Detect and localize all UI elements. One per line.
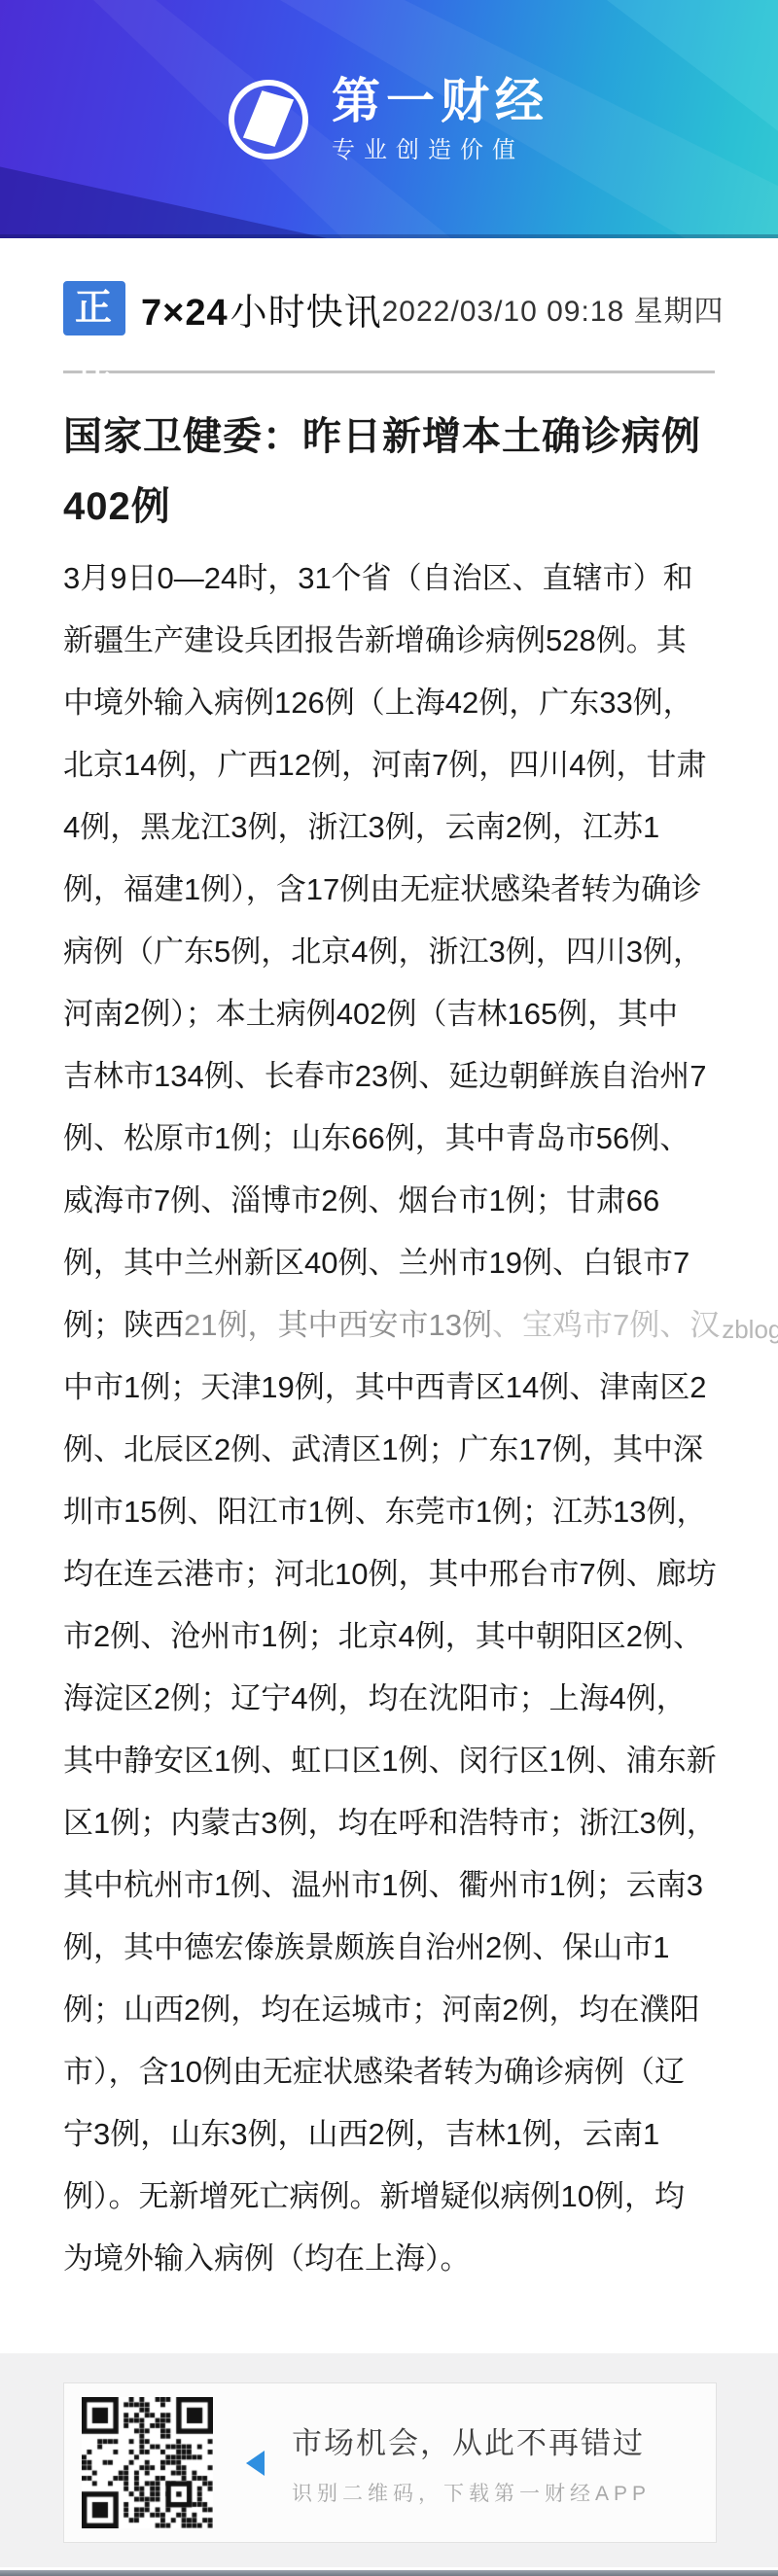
article-line: 4例，黑龙江3例，浙江3例，云南2例，江苏1: [63, 796, 715, 859]
article-line: 吉林市134例、长春市23例、延边朝鲜族自治州7: [63, 1045, 715, 1108]
promo-text-block: 市场机会，从此不再错过 识别二维码，下载第一财经APP: [292, 2418, 651, 2507]
article-line: 海淀区2例；辽宁4例，均在沈阳市；上海4例，: [63, 1668, 715, 1730]
qr-code[interactable]: [82, 2397, 213, 2528]
article-line: 圳市15例、阳江市1例、东莞市1例；江苏13例，: [63, 1481, 715, 1543]
article-line: 其中静安区1例、虹口区1例、闵行区1例、浦东新: [63, 1730, 715, 1792]
article-line: 例、北辰区2例、武清区1例；广东17例，其中深: [63, 1419, 715, 1481]
article-line: 例；陕西21例，其中西安市13例、宝鸡市7例、汉zblog: [63, 1294, 715, 1357]
article-line: 例、松原市1例；山东66例，其中青岛市56例、: [63, 1108, 715, 1170]
article-line: 北京14例，广西12例，河南7例，四川4例，甘肃: [63, 734, 715, 796]
live-badge: 正在: [63, 281, 125, 335]
brand-name: 第一财经: [332, 77, 549, 125]
article-line: 3月9日0—24时，31个省（自治区、直辖市）和: [63, 547, 715, 610]
article-line: 中境外输入病例126例（上海42例，广东33例，: [63, 672, 715, 734]
article-line: 为境外输入病例（均在上海）。: [63, 2228, 715, 2290]
promo-subline: 识别二维码，下载第一财经APP: [292, 2478, 651, 2507]
article-line: 河南2例）；本土病例402例（吉林165例，其中: [63, 983, 715, 1045]
article-line: 病例（广东5例，北京4例，浙江3例，四川3例，: [63, 921, 715, 983]
brand-banner: 第一财经 专业创造价值: [0, 0, 778, 238]
ticker-title-rest: 小时快讯: [230, 293, 382, 334]
brand-tagline: 专业创造价值: [332, 139, 549, 162]
ticker-title: 7×24小时快讯: [141, 282, 382, 335]
bottom-strip: [0, 2567, 778, 2576]
ticker-timestamp: 2022/03/10 09:18 星期四: [382, 287, 725, 330]
news-page: 第一财经 专业创造价值 正在 7×24小时快讯 2022/03/10 09:18…: [0, 0, 778, 2576]
brand-text-block: 第一财经 专业创造价值: [332, 77, 549, 162]
ticker-title-bold: 7×24: [141, 293, 229, 334]
article-title: 国家卫健委：昨日新增本土确诊病例 402例: [63, 402, 715, 542]
ticker-inner: 正在 7×24小时快讯 2022/03/10 09:18 星期四: [63, 238, 715, 373]
yicai-logo-icon: [229, 80, 308, 159]
footer: 市场机会，从此不再错过 识别二维码，下载第一财经APP: [0, 2353, 778, 2576]
article-line: 新疆生产建设兵团报告新增确诊病例528例。其: [63, 610, 715, 672]
promo-headline: 市场机会，从此不再错过: [292, 2418, 651, 2462]
watermark: zblog: [722, 1315, 778, 1344]
article-line: 例）。无新增死亡病例。新增疑似病例10例，均: [63, 2166, 715, 2228]
article-line: 中市1例；天津19例，其中西青区14例、津南区2: [63, 1357, 715, 1419]
article-line: 市2例、沧州市1例；北京4例，其中朝阳区2例、: [63, 1606, 715, 1668]
article-line: 例，其中德宏傣族景颇族自治州2例、保山市1: [63, 1917, 715, 1979]
article-line: 威海市7例、淄博市2例、烟台市1例；甘肃66: [63, 1170, 715, 1232]
article-line: 例；山西2例，均在运城市；河南2例，均在濮阳: [63, 1979, 715, 2041]
article-line: 均在连云港市；河北10例，其中邢台市7例、廊坊: [63, 1543, 715, 1606]
article-line: 区1例；内蒙古3例，均在呼和浩特市；浙江3例，: [63, 1792, 715, 1854]
article-line: 市），含10例由无症状感染者转为确诊病例（辽: [63, 2041, 715, 2103]
article-title-line-1: 国家卫健委：昨日新增本土确诊病例: [63, 402, 715, 472]
brand-logo: 第一财经 专业创造价值: [0, 0, 778, 238]
article-line: 例，其中兰州新区40例、兰州市19例、白银市7: [63, 1232, 715, 1294]
article-title-line-2: 402例: [63, 472, 715, 542]
article-line: 宁3例，山东3例，山西2例，吉林1例，云南1: [63, 2103, 715, 2166]
article: 国家卫健委：昨日新增本土确诊病例 402例 3月9日0—24时，31个省（自治区…: [0, 374, 778, 2353]
article-body: 3月9日0—24时，31个省（自治区、直辖市）和新疆生产建设兵团报告新增确诊病例…: [63, 547, 715, 2290]
app-promo-card[interactable]: 市场机会，从此不再错过 识别二维码，下载第一财经APP: [63, 2382, 717, 2543]
ticker-bar: 正在 7×24小时快讯 2022/03/10 09:18 星期四: [0, 238, 778, 374]
article-line: 例，福建1例），含17例由无症状感染者转为确诊: [63, 859, 715, 921]
article-line: 其中杭州市1例、温州市1例、衢州市1例；云南3: [63, 1854, 715, 1917]
left-triangle-icon: [246, 2451, 265, 2476]
